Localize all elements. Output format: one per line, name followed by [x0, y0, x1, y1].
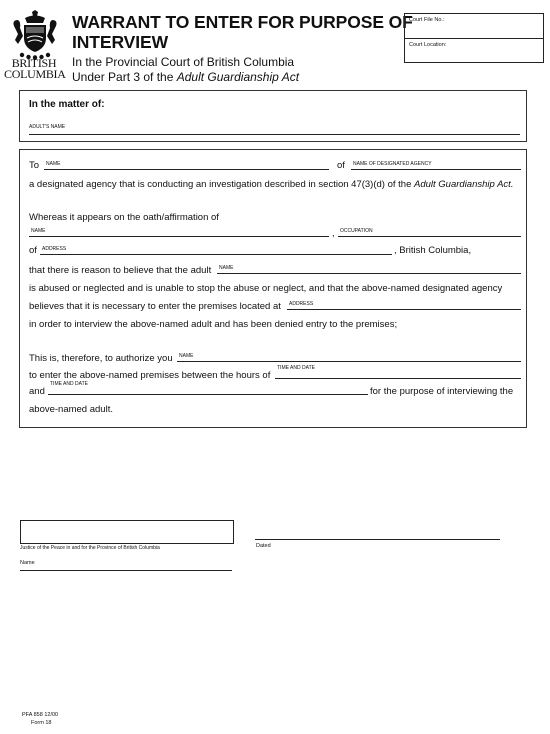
act-name: Adult Guardianship Act [177, 70, 299, 84]
dated-field[interactable] [255, 539, 500, 540]
dated-label: Dated [256, 543, 271, 549]
bc-wordmark: BRITISH COLUMBIA [4, 58, 64, 80]
name-label: Name [20, 560, 35, 566]
interview-text: in order to interview the above-named ad… [29, 319, 397, 330]
start-time-label: TIME AND DATE [277, 365, 315, 371]
authorized-person-label: NAME [179, 353, 193, 359]
reason-text: that there is reason to believe that the… [29, 265, 211, 276]
deponent-address-field[interactable]: ADDRESS [40, 245, 392, 255]
to-label: To [29, 160, 39, 171]
of-label: of [337, 160, 345, 171]
subtitle-line1: In the Provincial Court of British Colum… [72, 55, 299, 70]
occupation-field[interactable]: OCCUPATION [338, 227, 521, 237]
start-time-field[interactable]: TIME AND DATE [275, 369, 521, 379]
whereas-text: Whereas it appears on the oath/affirmati… [29, 212, 219, 223]
court-info-box: Court File No.: Court Location: [404, 13, 544, 63]
end-time-field[interactable]: TIME AND DATE [48, 385, 368, 395]
believes-text: believes that it is necessary to enter t… [29, 301, 281, 312]
title-line2: INTERVIEW [72, 32, 413, 52]
logo-text-line2: COLUMBIA [4, 69, 64, 80]
court-file-no-field[interactable]: Court File No.: [405, 14, 543, 38]
end-time-label: TIME AND DATE [50, 381, 88, 387]
matter-heading: In the matter of: [29, 99, 105, 110]
recipient-name-field[interactable]: NAME [44, 160, 329, 170]
adult-name-field-2[interactable]: NAME [217, 264, 521, 274]
jp-name-field[interactable] [20, 570, 232, 571]
authorized-person-field[interactable]: NAME [177, 352, 521, 362]
subtitle-line2: Under Part 3 of the Adult Guardianship A… [72, 70, 299, 85]
title-line1: WARRANT TO ENTER FOR PURPOSE OF [72, 12, 413, 32]
premises-address-field[interactable]: ADDRESS [287, 300, 521, 310]
agency-sentence: a designated agency that is conducting a… [29, 179, 513, 190]
agency-sentence-act: Adult Guardianship Act. [414, 179, 513, 190]
court-file-no-label: Court File No.: [409, 17, 444, 23]
matter-section: In the matter of: ADULT'S NAME [19, 90, 527, 142]
and-text: and [29, 386, 45, 397]
premises-address-label: ADDRESS [289, 301, 313, 307]
authorize-text: This is, therefore, to authorize you [29, 353, 173, 364]
adult-name-label: ADULT'S NAME [29, 124, 65, 130]
adult-field-label: NAME [219, 265, 233, 271]
deponent-name-field[interactable]: NAME [29, 227, 329, 237]
jp-label: Justice of the Peace in and for the Prov… [20, 545, 160, 551]
court-location-label: Court Location: [409, 42, 446, 48]
form-subtitle: In the Provincial Court of British Colum… [72, 55, 299, 85]
purpose-text: for the purpose of interviewing the [370, 386, 513, 397]
subtitle-prefix: Under Part 3 of the [72, 70, 177, 84]
of-address-label: of [29, 245, 37, 256]
agency-name-field[interactable]: NAME OF DESIGNATED AGENCY [351, 160, 521, 170]
above-named-text: above-named adult. [29, 404, 113, 415]
recipient-name-label: NAME [46, 161, 60, 167]
abused-text: is abused or neglected and is unable to … [29, 283, 502, 294]
form-title: WARRANT TO ENTER FOR PURPOSE OF INTERVIE… [72, 12, 413, 52]
form-footer: PFA 858 12/00 Form 18 [22, 711, 58, 727]
comma: , [332, 228, 335, 239]
form-number: Form 18 [22, 719, 58, 727]
agency-name-label: NAME OF DESIGNATED AGENCY [353, 161, 432, 167]
court-location-field[interactable]: Court Location: [405, 38, 543, 62]
agency-sentence-text: a designated agency that is conducting a… [29, 179, 414, 190]
adult-name-field[interactable] [29, 134, 520, 135]
bc-coat-of-arms-icon [10, 10, 60, 60]
deponent-name-label: NAME [31, 228, 45, 234]
enter-text: to enter the above-named premises betwee… [29, 370, 270, 381]
form-code: PFA 858 12/00 [22, 711, 58, 719]
warrant-body: To NAME of NAME OF DESIGNATED AGENCY a d… [19, 149, 527, 428]
british-columbia-text: , British Columbia, [394, 245, 471, 256]
deponent-address-label: ADDRESS [42, 246, 66, 252]
jp-signature-box[interactable] [20, 520, 234, 544]
occupation-label: OCCUPATION [340, 228, 373, 234]
